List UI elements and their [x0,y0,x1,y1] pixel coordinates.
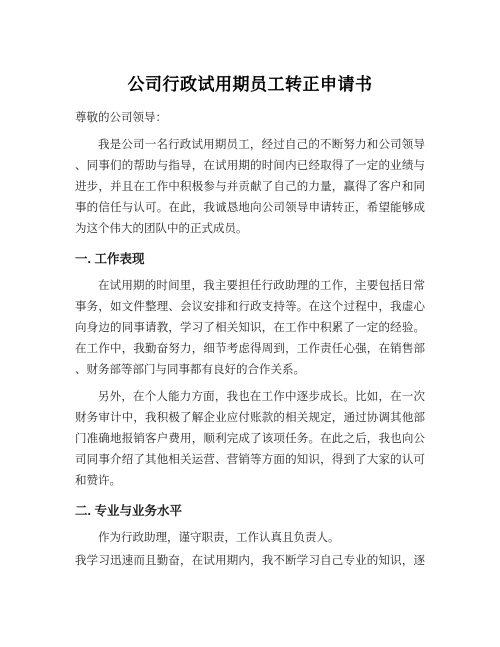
text-line: 、财务部等部门与同事都有良好的合作关系。 [75,360,425,381]
text-line: 向身边的同事请教，学习了相关知识，在工作中积累了一定的经验。 [75,318,425,339]
text-line: 在工作中，我勤奋努力，细节考虑得周到，工作责任心强，在销售部 [75,339,425,360]
text-line: 事的信任与认可。在此，我诚恳地向公司领导申请转正，希望能够成 [75,198,425,219]
text-line: 事务，如文件整理、会议安排和行政支持等。在这个过程中，我虚心 [75,297,425,318]
document-body: 我是公司一名行政试用期员工，经过自己的不断努力和公司领导、同事们的帮助与指导，在… [75,135,425,572]
text-line: 在试用期的时间里，我主要担任行政助理的工作，主要包括日常 [75,276,425,297]
text-line: 我是公司一名行政试用期员工，经过自己的不断努力和公司领导 [75,135,425,156]
text-line: 为这个伟大的团队中的正式成员。 [75,219,425,240]
document-page: 公司行政试用期员工转正申请书 尊敬的公司领导： 我是公司一名行政试用期员工，经过… [75,0,425,572]
body-paragraph: 我是公司一名行政试用期员工，经过自己的不断努力和公司领导、同事们的帮助与指导，在… [75,135,425,240]
body-paragraph: 作为行政助理，谨守职责，工作认真且负责人。 [75,528,425,549]
text-line: 另外，在个人能力方面，我也在工作中逐步成长。比如，在一次 [75,387,425,408]
text-line: 门准确地报销客户费用，顺利完成了该项任务。在此之后，我也向公 [75,429,425,450]
body-paragraph: 在试用期的时间里，我主要担任行政助理的工作，主要包括日常事务，如文件整理、会议安… [75,276,425,381]
text-line: 作为行政助理，谨守职责，工作认真且负责人。 [75,528,425,549]
text-line: 我学习迅速而且勤奋，在试用期内，我不断学习自己专业的知识，逐 [75,551,425,572]
text-line: 司同事介绍了其他相关运营、营销等方面的知识，得到了大家的认可 [75,450,425,471]
text-line: 财务审计中，我积极了解企业应付账款的相关规定，通过协调其他部 [75,408,425,429]
body-paragraph: 我学习迅速而且勤奋，在试用期内，我不断学习自己专业的知识，逐 [75,551,425,572]
text-line: 、同事们的帮助与指导，在试用期的时间内已经取得了一定的业绩与 [75,156,425,177]
text-line: 和赞许。 [75,471,425,492]
section-heading: 二. 专业与业务水平 [75,501,425,522]
section-heading: 一. 工作表现 [75,249,425,270]
document-title: 公司行政试用期员工转正申请书 [75,72,425,98]
salutation: 尊敬的公司领导： [75,108,425,129]
text-line: 进步，并且在工作中积极参与并贡献了自己的力量，赢得了客户和同 [75,177,425,198]
body-paragraph: 另外，在个人能力方面，我也在工作中逐步成长。比如，在一次财务审计中，我积极了解企… [75,387,425,492]
